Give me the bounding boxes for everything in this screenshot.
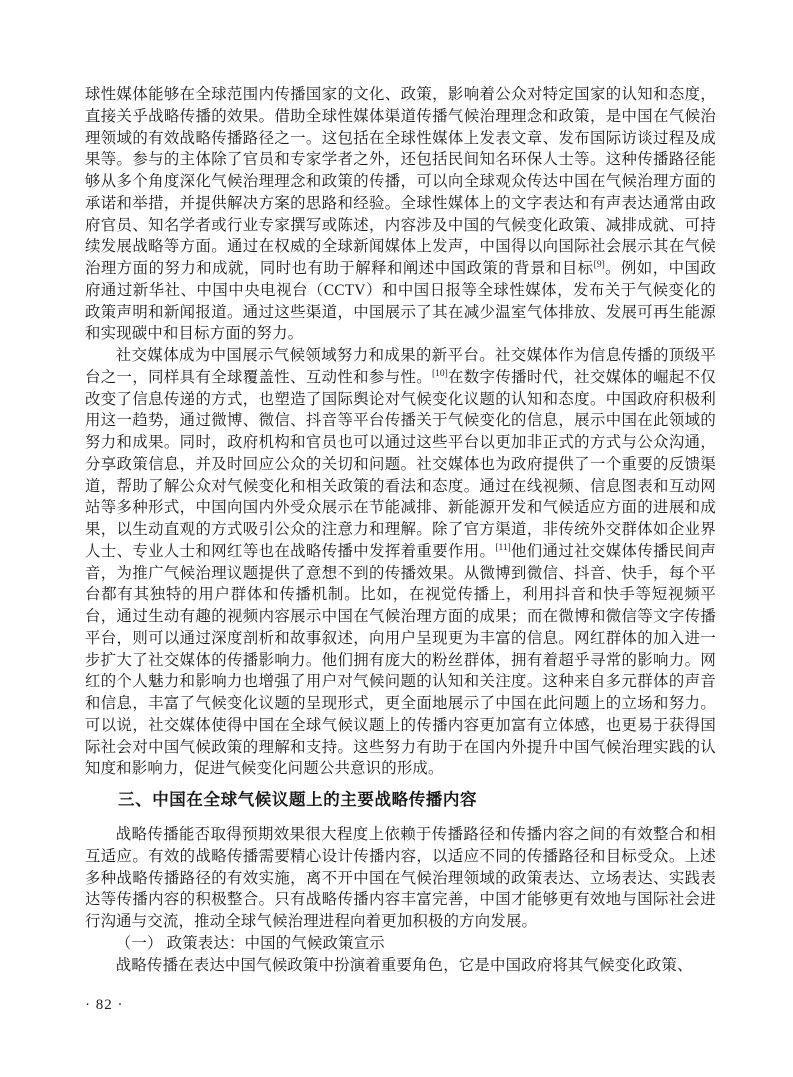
paragraph-text: 球性媒体能够在全球范围内传播国家的文化、政策，影响着公众对特定国家的认知和态度，… — [85, 86, 716, 277]
paragraph: 社交媒体成为中国展示气候领域努力和成果的新平台。社交媒体作为信息传播的顶级平台之… — [85, 345, 716, 780]
paragraph-text: 战略传播在表达中国气候政策中扮演着重要角色，它是中国政府将其气候变化政策、 — [116, 957, 693, 974]
footnote-marker: [11] — [495, 543, 510, 553]
footnote-marker: [10] — [432, 369, 448, 379]
text-block: 球性媒体能够在全球范围内传播国家的文化、政策，影响着公众对特定国家的认知和态度，… — [85, 84, 716, 976]
paragraph: 球性媒体能够在全球范围内传播国家的文化、政策，影响着公众对特定国家的认知和态度，… — [85, 84, 716, 345]
section-heading: 三、中国在全球气候议题上的主要战略传播内容 — [85, 789, 716, 811]
page-number: · 82 · — [85, 995, 124, 1016]
document-page: 球性媒体能够在全球范围内传播国家的文化、政策，影响着公众对特定国家的认知和态度，… — [0, 0, 793, 1077]
paragraph: 战略传播能否取得预期效果很大程度上依赖于传播路径和传播内容之间的有效整合和相互适… — [85, 824, 716, 933]
paragraph: 战略传播在表达中国气候政策中扮演着重要角色，它是中国政府将其气候变化政策、 — [85, 955, 716, 977]
paragraph-text: 在数字传播时代，社交媒体的崛起不仅改变了信息传递的方式，也塑造了国际舆论对气候变… — [85, 369, 716, 560]
footnote-marker: [9] — [594, 260, 605, 270]
subsection-heading: （一） 政策表达：中国的气候政策宣示 — [85, 933, 716, 955]
paragraph-text: 他们通过社交媒体传播民间声音，为推广气候治理议题提供了意想不到的传播效果。从微博… — [85, 543, 716, 778]
paragraph-text: 战略传播能否取得预期效果很大程度上依赖于传播路径和传播内容之间的有效整合和相互适… — [85, 826, 716, 930]
